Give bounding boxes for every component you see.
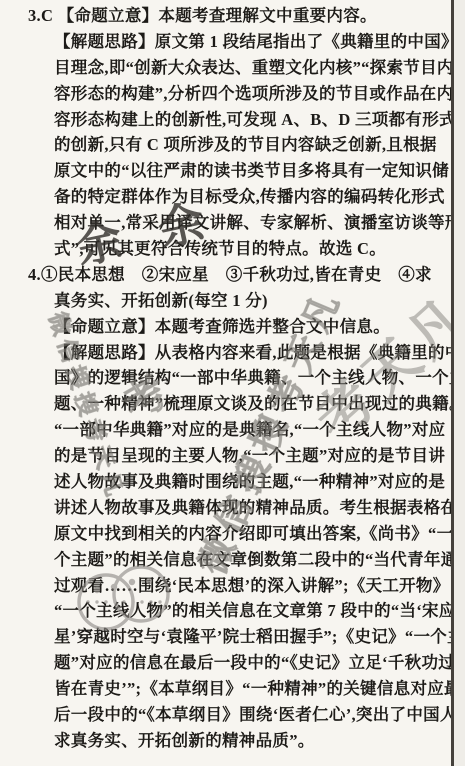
answer-line: 原文中的“以往严肃的读书类节目多将具有一定知识储 (0, 158, 457, 184)
answer-line: 【命题立意】本题考查筛选并整合文中信息。 (0, 314, 457, 340)
answer-line: 真务实、开拓创新(每空 1 分) (0, 288, 457, 314)
answer-line: 式”,可见其更符合传统节目的特点。故选 C。 (0, 236, 457, 262)
answer-line: 的创新,只有 C 项所涉及的节目内容缺乏创新,且根据 (0, 132, 457, 158)
answer-line: 目理念,即“创新大众表达、重塑文化内核”“探索节目内 (0, 55, 457, 81)
answer-line: 的是节目呈现的主要人物,“一个主题”对应的是节目讲 (0, 443, 457, 469)
answer-line: 【解题思路】从表格内容来看,此题是根据《典籍里的中 (0, 340, 457, 366)
answer-line: 【解题思路】原文第 1 段结尾指出了《典籍里的中国》的节 (0, 29, 457, 55)
answer-line: 国》的逻辑结构“一部中华典籍、一个主线人物、一个主 (0, 365, 457, 391)
answer-line: “一部中华典籍”对应的是典籍名,“一个主线人物”对应 (0, 417, 457, 443)
answer-line: 求真务实、开拓创新的精神品质”。 (0, 728, 457, 754)
answer-line: 讲述人物故事及典籍体现的精神品质。考生根据表格在 (0, 495, 457, 521)
answer-line: 容形态的构建”,分析四个选项所涉及的节目或作品在内 (0, 81, 457, 107)
answer-line: 述人物故事及典籍时围绕的主题,“一种精神”对应的是 (0, 469, 457, 495)
answer-line: 皆在青史’”;《本草纲目》“一种精神”的关键信息对应最 (0, 676, 457, 702)
scan-margin (454, 0, 465, 766)
double-smiley-stamp-icon (68, 558, 188, 644)
answer-line: 题”对应的信息在最后一段中的“《史记》立足‘千秋功过, (0, 650, 457, 676)
answer-line: 备的特定群体作为目标受众,传播内容的编码转化形式 (0, 184, 457, 210)
answer-line: 4.①民本思想 ②宋应星 ③千秋功过,皆在青史 ④求 (0, 262, 457, 288)
answer-line: 题、一种精神”梳理原文谈及的在节目中出现过的典籍。 (0, 391, 457, 417)
answer-line: 后一段中的“《本草纲目》围绕‘医者仁心’,突出了中国人 (0, 702, 457, 728)
answer-line: 相对单一,常采用译文讲解、专家解析、演播室访谈等形 (0, 210, 457, 236)
answer-line: 容形态构建上的创新性,可发现 A、B、D 三项都有形式上 (0, 107, 457, 133)
scanned-answer-page: 3.C 【命题立意】本题考查理解文中重要内容。【解题思路】原文第 1 段结尾指出… (0, 0, 465, 766)
answer-line: 原文中找到相关的内容介绍即可填出答案,《尚书》“一 (0, 521, 457, 547)
answer-line: 3.C 【命题立意】本题考查理解文中重要内容。 (0, 3, 457, 29)
